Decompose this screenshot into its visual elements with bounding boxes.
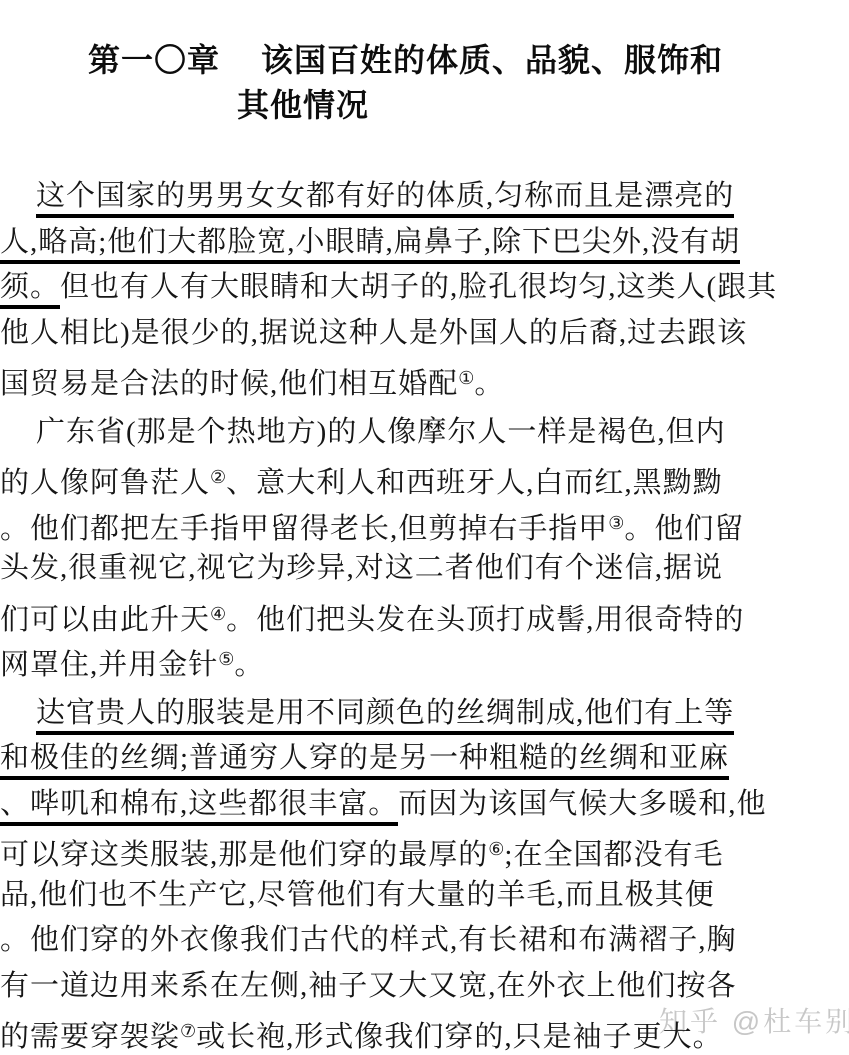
text-segment: ;在全国都没有毛 — [504, 839, 723, 871]
underlined-text: 这个国家的男男女女都有好的体质,匀称而且是漂亮的 — [36, 180, 734, 218]
chapter-title-line1: 第一〇章 该国百姓的体质、品貌、服饰和 — [88, 38, 723, 83]
text-segment: 但也有人有大眼睛和大胡子的,脸孔很均匀,这类人(跟其 — [60, 271, 777, 303]
paragraph: 这个国家的男男女女都有好的体质,匀称而且是漂亮的人,略高;他们大都脸宽,小眼睛,… — [0, 174, 849, 402]
underlined-text: 和极佳的丝绸;普通穷人穿的是另一种粗糙的丝绸和亚麻 — [0, 742, 729, 780]
text-line: 。他们都把左手指甲留得老长,但剪掉右手指甲③。他们留 — [0, 501, 849, 547]
text-line: 可以穿这类服装,那是他们穿的最厚的⑥;在全国都没有毛 — [0, 827, 849, 873]
text-line: 和极佳的丝绸;普通穷人穿的是另一种粗糙的丝绸和亚麻 — [0, 736, 849, 782]
text-line: 们可以由此升天④。他们把头发在头顶打成髻,用很奇特的 — [0, 592, 849, 638]
text-segment: 们可以由此升天 — [0, 604, 210, 636]
paragraph: 广东省(那是个热地方)的人像摩尔人一样是褐色,但内的人像阿鲁茫人②、意大利人和西… — [0, 410, 849, 683]
footnote-marker: ① — [458, 368, 474, 388]
text-segment: 的需要穿袈裟 — [0, 1021, 180, 1053]
text-line: 。他们穿的外衣像我们古代的样式,有长裙和布满褶子,胸 — [0, 918, 849, 964]
text-line: 品,他们也不生产它,尽管他们有大量的羊毛,而且极其便 — [0, 873, 849, 919]
text-segment: 的人像阿鲁茫人 — [0, 467, 210, 499]
footnote-marker: ⑤ — [218, 649, 234, 669]
text-line: 须。但也有人有大眼睛和大胡子的,脸孔很均匀,这类人(跟其 — [0, 265, 849, 311]
text-line: 的需要穿袈裟⑦或长袍,形式像我们穿的,只是袖子更大。 — [0, 1009, 849, 1055]
text-segment: 。他们把头发在头顶打成髻,用很奇特的 — [226, 604, 744, 636]
footnote-marker: ② — [210, 467, 226, 487]
text-segment: 或长袍,形式像我们穿的,只是袖子更大。 — [196, 1021, 723, 1053]
text-segment: 有一道边用来系在左侧,袖子又大又宽,在外衣上他们按各 — [0, 970, 737, 1002]
text-line: 网罩住,并用金针⑤。 — [0, 637, 849, 683]
text-segment: 而因为该国气候大多暖和,他 — [398, 788, 766, 820]
text-segment: 他人相比)是很少的,据说这种人是外国人的后裔,过去跟该 — [0, 317, 747, 349]
text-line: 的人像阿鲁茫人②、意大利人和西班牙人,白而红,黑黝黝 — [0, 455, 849, 501]
text-line: 、哔叽和棉布,这些都很丰富。而因为该国气候大多暖和,他 — [0, 782, 849, 828]
chapter-title-line2: 其他情况 — [237, 83, 723, 128]
text-line: 头发,很重视它,视它为珍异,对这二者他们有个迷信,据说 — [0, 546, 849, 592]
text-segment: 。他们留 — [624, 513, 744, 545]
text-line: 他人相比)是很少的,据说这种人是外国人的后裔,过去跟该 — [0, 311, 849, 357]
text-line: 人,略高;他们大都脸宽,小眼睛,扁鼻子,除下巴尖外,没有胡 — [0, 220, 849, 266]
text-segment: 头发,很重视它,视它为珍异,对这二者他们有个迷信,据说 — [0, 552, 723, 584]
footnote-marker: ③ — [608, 513, 624, 533]
text-segment: 广东省(那是个热地方)的人像摩尔人一样是褐色,但内 — [36, 416, 726, 448]
underlined-text: 须。 — [0, 271, 60, 309]
text-line: 广东省(那是个热地方)的人像摩尔人一样是褐色,但内 — [0, 410, 849, 456]
text-segment: 、意大利人和西班牙人,白而红,黑黝黝 — [226, 467, 723, 499]
footnote-marker: ⑦ — [180, 1021, 196, 1041]
text-line: 达官贵人的服装是用不同颜色的丝绸制成,他们有上等 — [0, 691, 849, 737]
text-segment: 。 — [474, 368, 504, 400]
text-line: 国贸易是合法的时候,他们相互婚配①。 — [0, 356, 849, 402]
underlined-text: 人,略高;他们大都脸宽,小眼睛,扁鼻子,除下巴尖外,没有胡 — [0, 226, 740, 264]
text-segment: 。他们穿的外衣像我们古代的样式,有长裙和布满褶子,胸 — [0, 924, 737, 956]
chapter-number: 第一〇章 — [88, 38, 220, 83]
underlined-text: 、哔叽和棉布,这些都很丰富。 — [0, 788, 398, 826]
text-line: 有一道边用来系在左侧,袖子又大又宽,在外衣上他们按各 — [0, 964, 849, 1010]
chapter-title-text: 该国百姓的体质、品貌、服饰和 — [261, 38, 723, 83]
text-segment: 网罩住,并用金针 — [0, 649, 218, 681]
text-line: 这个国家的男男女女都有好的体质,匀称而且是漂亮的 — [0, 174, 849, 220]
text-segment: 。他们都把左手指甲留得老长,但剪掉右手指甲 — [0, 513, 608, 545]
paragraph: 达官贵人的服装是用不同颜色的丝绸制成,他们有上等和极佳的丝绸;普通穷人穿的是另一… — [0, 691, 849, 1055]
chapter-title: 第一〇章 该国百姓的体质、品貌、服饰和 其他情况 — [88, 38, 723, 128]
footnote-marker: ⑥ — [488, 839, 504, 859]
underlined-text: 达官贵人的服装是用不同颜色的丝绸制成,他们有上等 — [36, 697, 734, 735]
text-segment: 品,他们也不生产它,尽管他们有大量的羊毛,而且极其便 — [0, 879, 715, 911]
text-segment: 。 — [234, 649, 264, 681]
book-page: 第一〇章 该国百姓的体质、品貌、服饰和 其他情况 这个国家的男男女女都有好的体质… — [0, 0, 849, 1055]
text-segment: 可以穿这类服装,那是他们穿的最厚的 — [0, 839, 488, 871]
text-segment: 国贸易是合法的时候,他们相互婚配 — [0, 368, 458, 400]
footnote-marker: ④ — [210, 604, 226, 624]
page-body-text: 这个国家的男男女女都有好的体质,匀称而且是漂亮的人,略高;他们大都脸宽,小眼睛,… — [0, 174, 849, 1055]
